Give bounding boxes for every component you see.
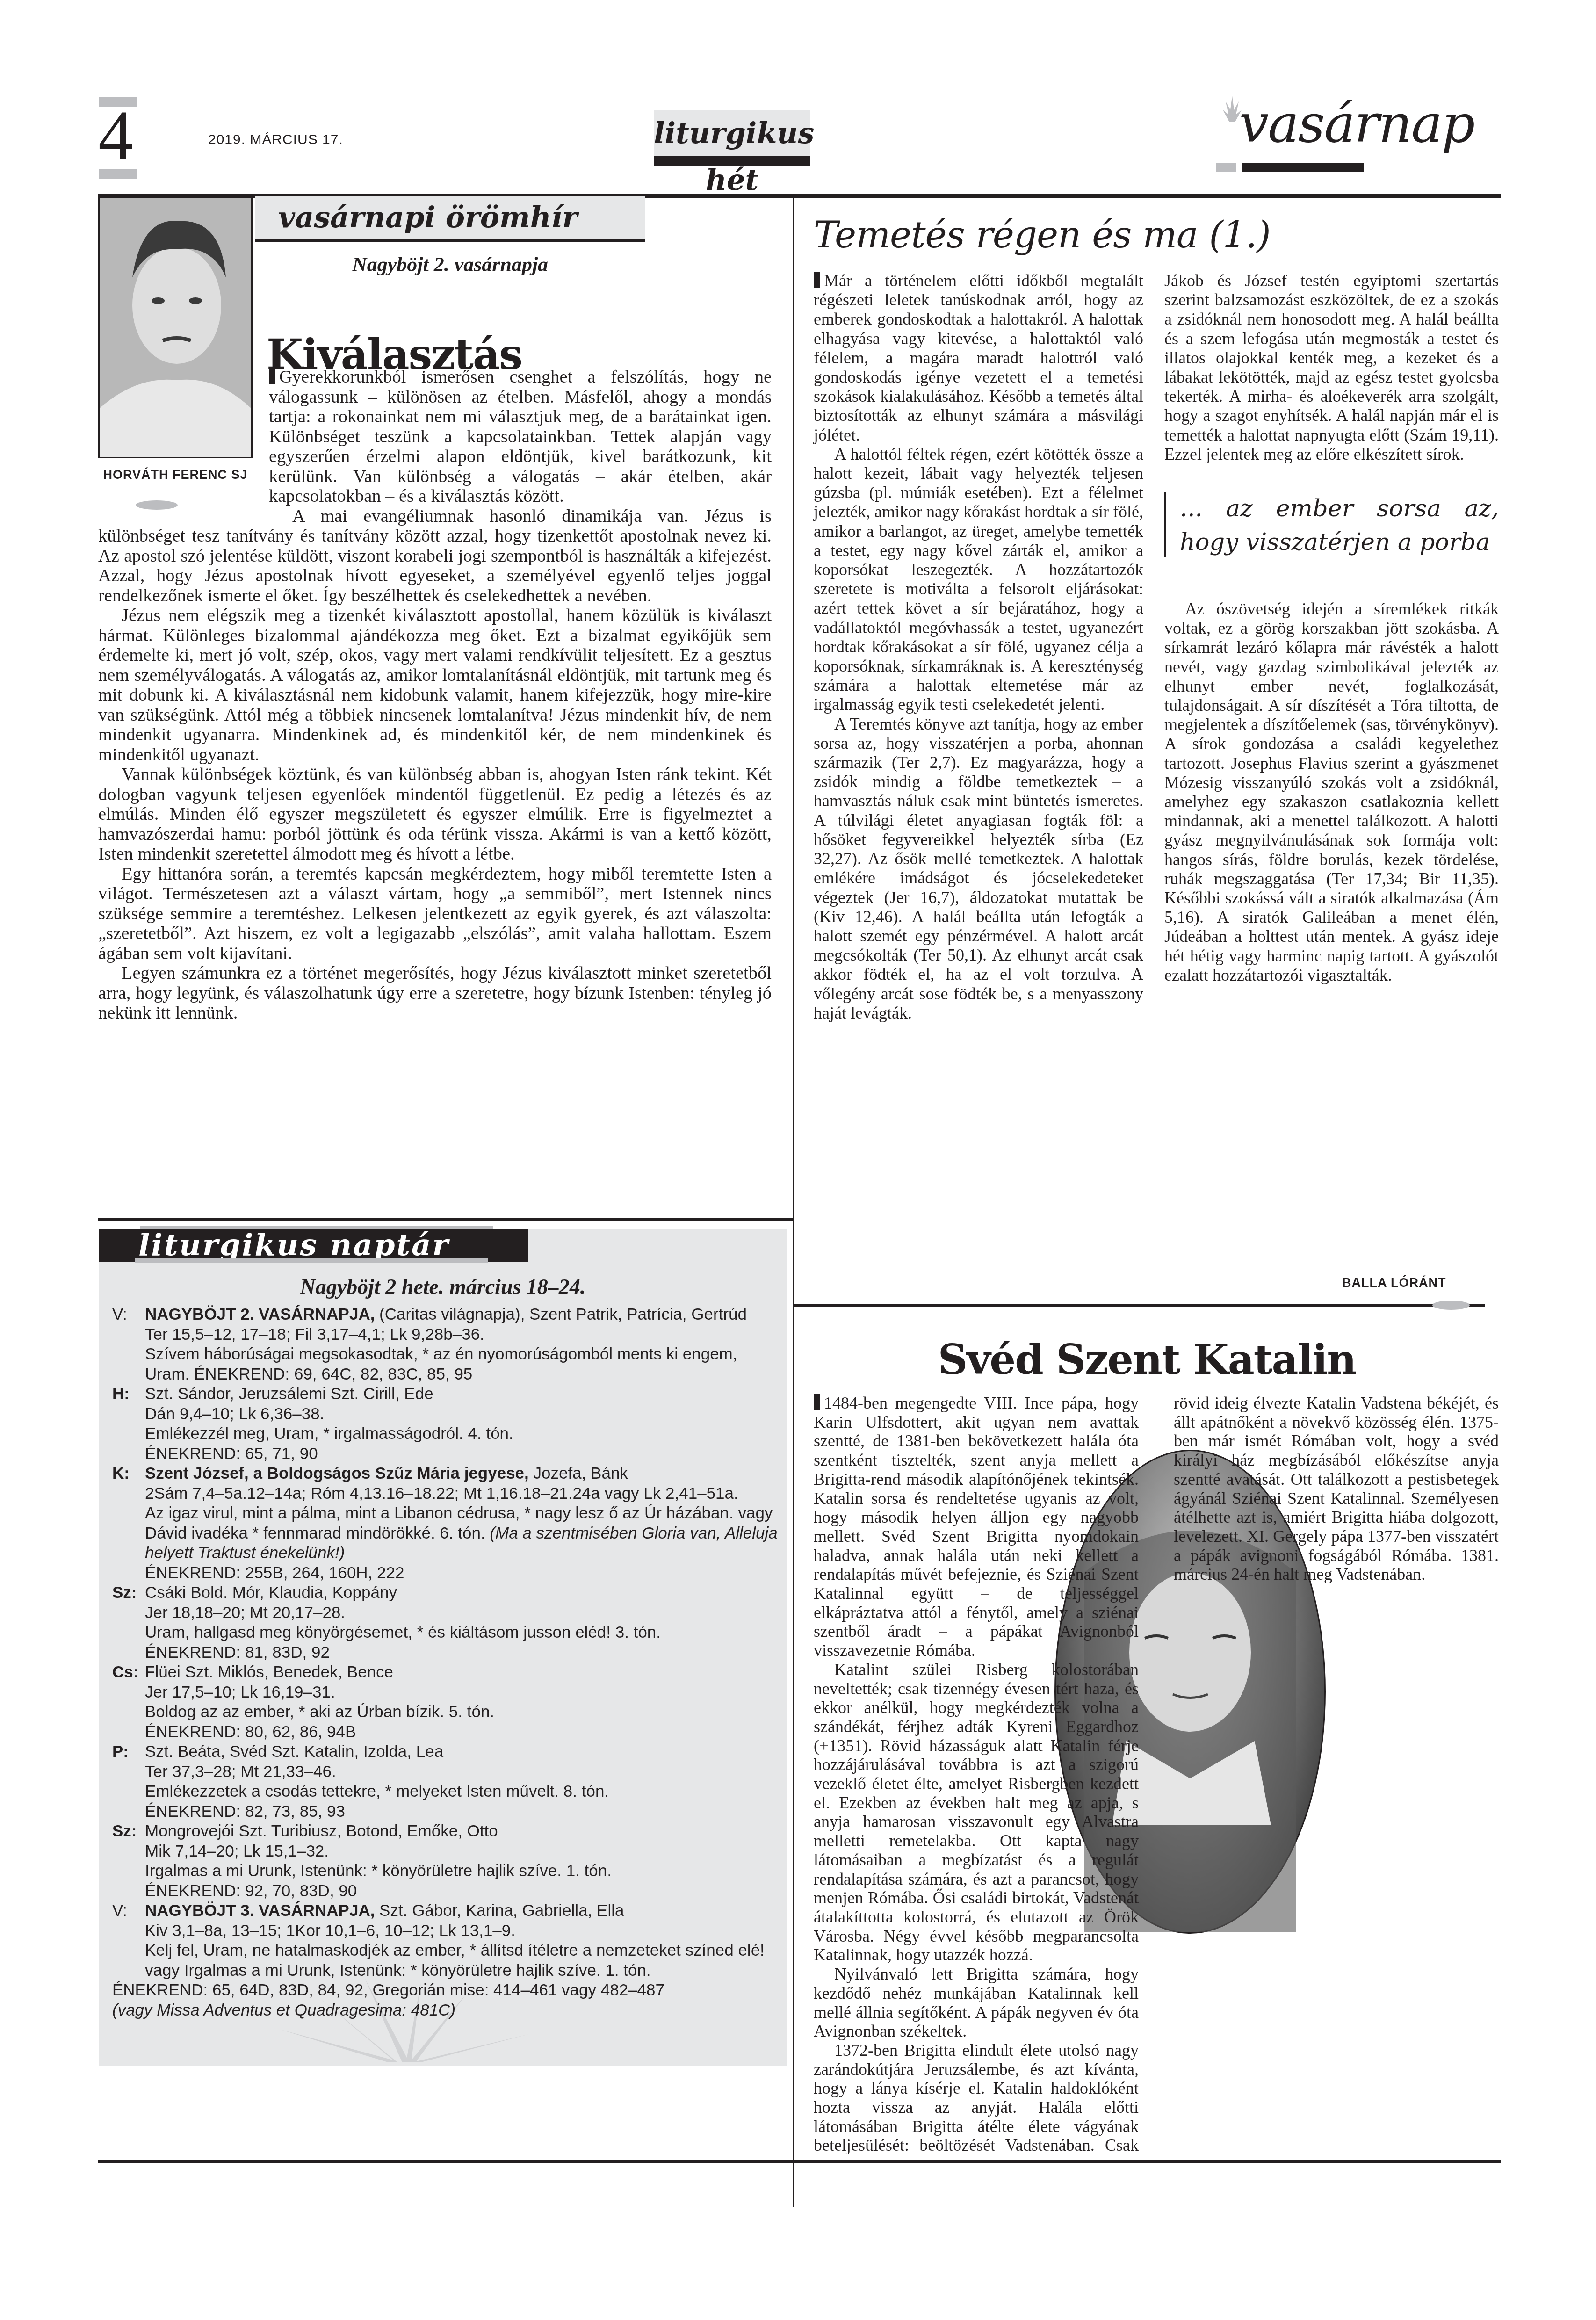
day-antiphon: Emlékezzél meg, Uram, * irgalmasságodról… — [145, 1424, 781, 1444]
section-tab: liturgikus hét — [654, 110, 810, 166]
paragraph: Jákob és József testén egyiptomi szertar… — [1164, 271, 1499, 464]
section-divider — [98, 1218, 793, 1221]
photo-wrap-spacer — [98, 367, 269, 526]
day-key: V: — [112, 1901, 145, 1980]
day-key: K: — [112, 1464, 145, 1583]
day-key: Sz: — [112, 1583, 145, 1662]
byline-ornament — [1432, 1301, 1470, 1310]
article-title-sved: Svéd Szent Katalin — [793, 1335, 1501, 1384]
day-names: Flüei Szt. Miklós, Benedek, Bence — [145, 1662, 781, 1683]
article-body-kivalasztas: Gyerekkorunkból ismerősen csenghet a fel… — [98, 367, 772, 1023]
day-songs: ÉNEKREND: 65, 71, 90 — [145, 1444, 781, 1464]
pull-quote-wrap: ... az ember sorsa az, hogy visszatérjen… — [1164, 464, 1499, 600]
day-readings: Ter 15,5–12, 17–18; Fil 3,17–4,1; Lk 9,2… — [145, 1325, 781, 1345]
masthead-logo: vasárnap — [1239, 94, 1474, 154]
section-label-naptar: liturgikus naptár — [99, 1229, 528, 1262]
calendar-day-vasarnap: V: NAGYBÖJT 2. VASÁRNAPJA, (Caritas vilá… — [112, 1305, 781, 1384]
article-column-1: Már a történelem előtti időkből megtalál… — [814, 271, 1143, 1023]
paragraph-marker — [269, 368, 275, 384]
day-names: Szent József, a Boldogságos Szűz Mária j… — [145, 1464, 781, 1484]
day-key: H: — [112, 1384, 145, 1464]
day-readings: Dán 9,4–10; Lk 6,36–38. — [145, 1404, 781, 1424]
calendar-day-szombat: Sz: Mongrovejói Szt. Turibiusz, Botond, … — [112, 1821, 781, 1901]
day-songs: ÉNEKREND: 92, 70, 83D, 90 — [145, 1881, 781, 1901]
flame-icon — [1223, 96, 1242, 124]
column-divider — [793, 196, 794, 2207]
calendar-list: V: NAGYBÖJT 2. VASÁRNAPJA, (Caritas vilá… — [112, 1305, 781, 2020]
day-names: Csáki Bold. Mór, Klaudia, Koppány — [145, 1583, 781, 1603]
paragraph: Legyen számunkra ez a történet megerősít… — [98, 963, 772, 1023]
day-key: V: — [112, 1305, 145, 1384]
masthead-rule — [1242, 163, 1364, 172]
paragraph: Jézus nem elégszik meg a tizenkét kivála… — [98, 606, 772, 765]
day-key: P: — [112, 1742, 145, 1821]
calendar-day-hetfo: H: Szt. Sándor, Jeruzsálemi Szt. Cirill,… — [112, 1384, 781, 1464]
masthead-rule-accent — [1216, 163, 1236, 172]
paragraph: 1484-ben megengedte VIII. Ince pápa, hog… — [814, 1394, 1139, 1660]
day-songs: ÉNEKREND: 80, 62, 86, 94B — [145, 1722, 781, 1742]
calendar-day-kedd: K: Szent József, a Boldogságos Szűz Mári… — [112, 1464, 781, 1583]
calendar-tab-accent-bottom — [135, 1258, 488, 1263]
day-key: Cs: — [112, 1662, 145, 1742]
article-title-temetes: Temetés régen és ma (1.) — [814, 214, 1271, 256]
day-antiphon: Az igaz virul, mint a pálma, mint a Liba… — [145, 1503, 781, 1563]
day-readings: Jer 17,5–10; Lk 16,19–31. — [145, 1683, 781, 1703]
calendar-day-vasarnap-next: V: NAGYBÖJT 3. VASÁRNAPJA, Szt. Gábor, K… — [112, 1901, 781, 1980]
day-names: NAGYBÖJT 2. VASÁRNAPJA, (Caritas világna… — [145, 1305, 781, 1325]
paragraph: A halottól féltek régen, ezért kötötték … — [814, 445, 1143, 715]
paragraph: Vannak különbségek köztünk, és van külön… — [98, 765, 772, 864]
day-songs: ÉNEKREND: 255B, 264, 160H, 222 — [145, 1563, 781, 1583]
day-readings: Kiv 3,1–8a, 13–15; 1Kor 10,1–6, 10–12; L… — [145, 1921, 781, 1941]
calendar-day-pentek: P: Szt. Beáta, Svéd Szt. Katalin, Izolda… — [112, 1742, 781, 1821]
paragraph: Az ószövetség idején a síremlékek ritkák… — [1164, 600, 1499, 985]
day-names: Szt. Sándor, Jeruzsálemi Szt. Cirill, Ed… — [145, 1384, 781, 1404]
calendar-day-csutortok: Cs: Flüei Szt. Miklós, Benedek, Bence Je… — [112, 1662, 781, 1742]
day-key: Sz: — [112, 1821, 145, 1901]
author-byline-temetes: BALLA LÓRÁNT — [1342, 1276, 1446, 1290]
article-body-sved: 1484-ben megengedte VIII. Ince pápa, hog… — [814, 1394, 1499, 2161]
paragraph: Egy hittanóra során, a teremtés kapcsán … — [98, 864, 772, 964]
day-readings: Ter 37,3–28; Mt 21,33–46. — [145, 1762, 781, 1782]
calendar-footer-note: (vagy Missa Adventus et Quadragesima: 48… — [112, 2001, 781, 2021]
day-antiphon: Uram, hallgasd meg könyörgésemet, * és k… — [145, 1623, 781, 1643]
paragraph: Már a történelem előtti időkből megtalál… — [814, 271, 1143, 445]
day-names: Mongrovejói Szt. Turibiusz, Botond, Emők… — [145, 1821, 781, 1842]
calendar-footer-songs: ÉNEKREND: 65, 64D, 83D, 84, 92, Gregoriá… — [112, 1980, 781, 2001]
day-songs: ÉNEKREND: 81, 83D, 92 — [145, 1643, 781, 1663]
day-antiphon: Boldog az az ember, * aki az Úrban bízik… — [145, 1702, 781, 1722]
paragraph: Katalint szülei Risberg kolostorában nev… — [814, 1660, 1139, 1965]
paragraph-marker — [814, 1394, 820, 1410]
section-label-orom: vasárnapi örömhír — [255, 196, 645, 242]
day-antiphon: Szívem háborúságai megsokasodtak, * az é… — [145, 1344, 781, 1384]
calendar-day-szerda: Sz: Csáki Bold. Mór, Klaudia, Koppány Je… — [112, 1583, 781, 1662]
day-readings: 2Sám 7,4–5a.12–14a; Róm 4,13.16–18.22; M… — [145, 1484, 781, 1504]
page-number: 4 — [98, 101, 133, 171]
day-names: NAGYBÖJT 3. VASÁRNAPJA, Szt. Gábor, Kari… — [145, 1901, 781, 1921]
article-column-2: Jákob és József testén egyiptomi szertar… — [1164, 271, 1499, 985]
paragraph: Nyilvánvaló lett Brigitta számára, hogy … — [814, 1965, 1139, 2041]
day-antiphon: Emlékezzetek a csodás tettekre, * melyek… — [145, 1782, 781, 1802]
day-songs: ÉNEKREND: 82, 73, 85, 93 — [145, 1802, 781, 1822]
article-kicker: Nagyböjt 2. vasárnapja — [255, 253, 645, 276]
page-number-bar-bottom — [99, 169, 137, 179]
paragraph: A Teremtés könyve azt tanítja, hogy az e… — [814, 715, 1143, 1023]
paragraph-marker — [814, 272, 820, 288]
day-antiphon: Irgalmas a mi Urunk, Istenünk: * könyörü… — [145, 1861, 781, 1881]
day-antiphon: Kelj fel, Uram, ne hatalmaskodjék az emb… — [145, 1941, 781, 1980]
day-names: Szt. Beáta, Svéd Szt. Katalin, Izolda, L… — [145, 1742, 781, 1762]
issue-date: 2019. MÁRCIUS 17. — [208, 132, 343, 148]
day-readings: Mik 7,14–20; Lk 15,1–32. — [145, 1842, 781, 1862]
day-readings: Jer 18,18–20; Mt 20,17–28. — [145, 1603, 781, 1623]
pull-quote: ... az ember sorsa az, hogy visszatérjen… — [1164, 492, 1499, 557]
calendar-week-title: Nagyböjt 2 hete. március 18–24. — [99, 1274, 787, 1299]
article-divider — [793, 1304, 1485, 1307]
